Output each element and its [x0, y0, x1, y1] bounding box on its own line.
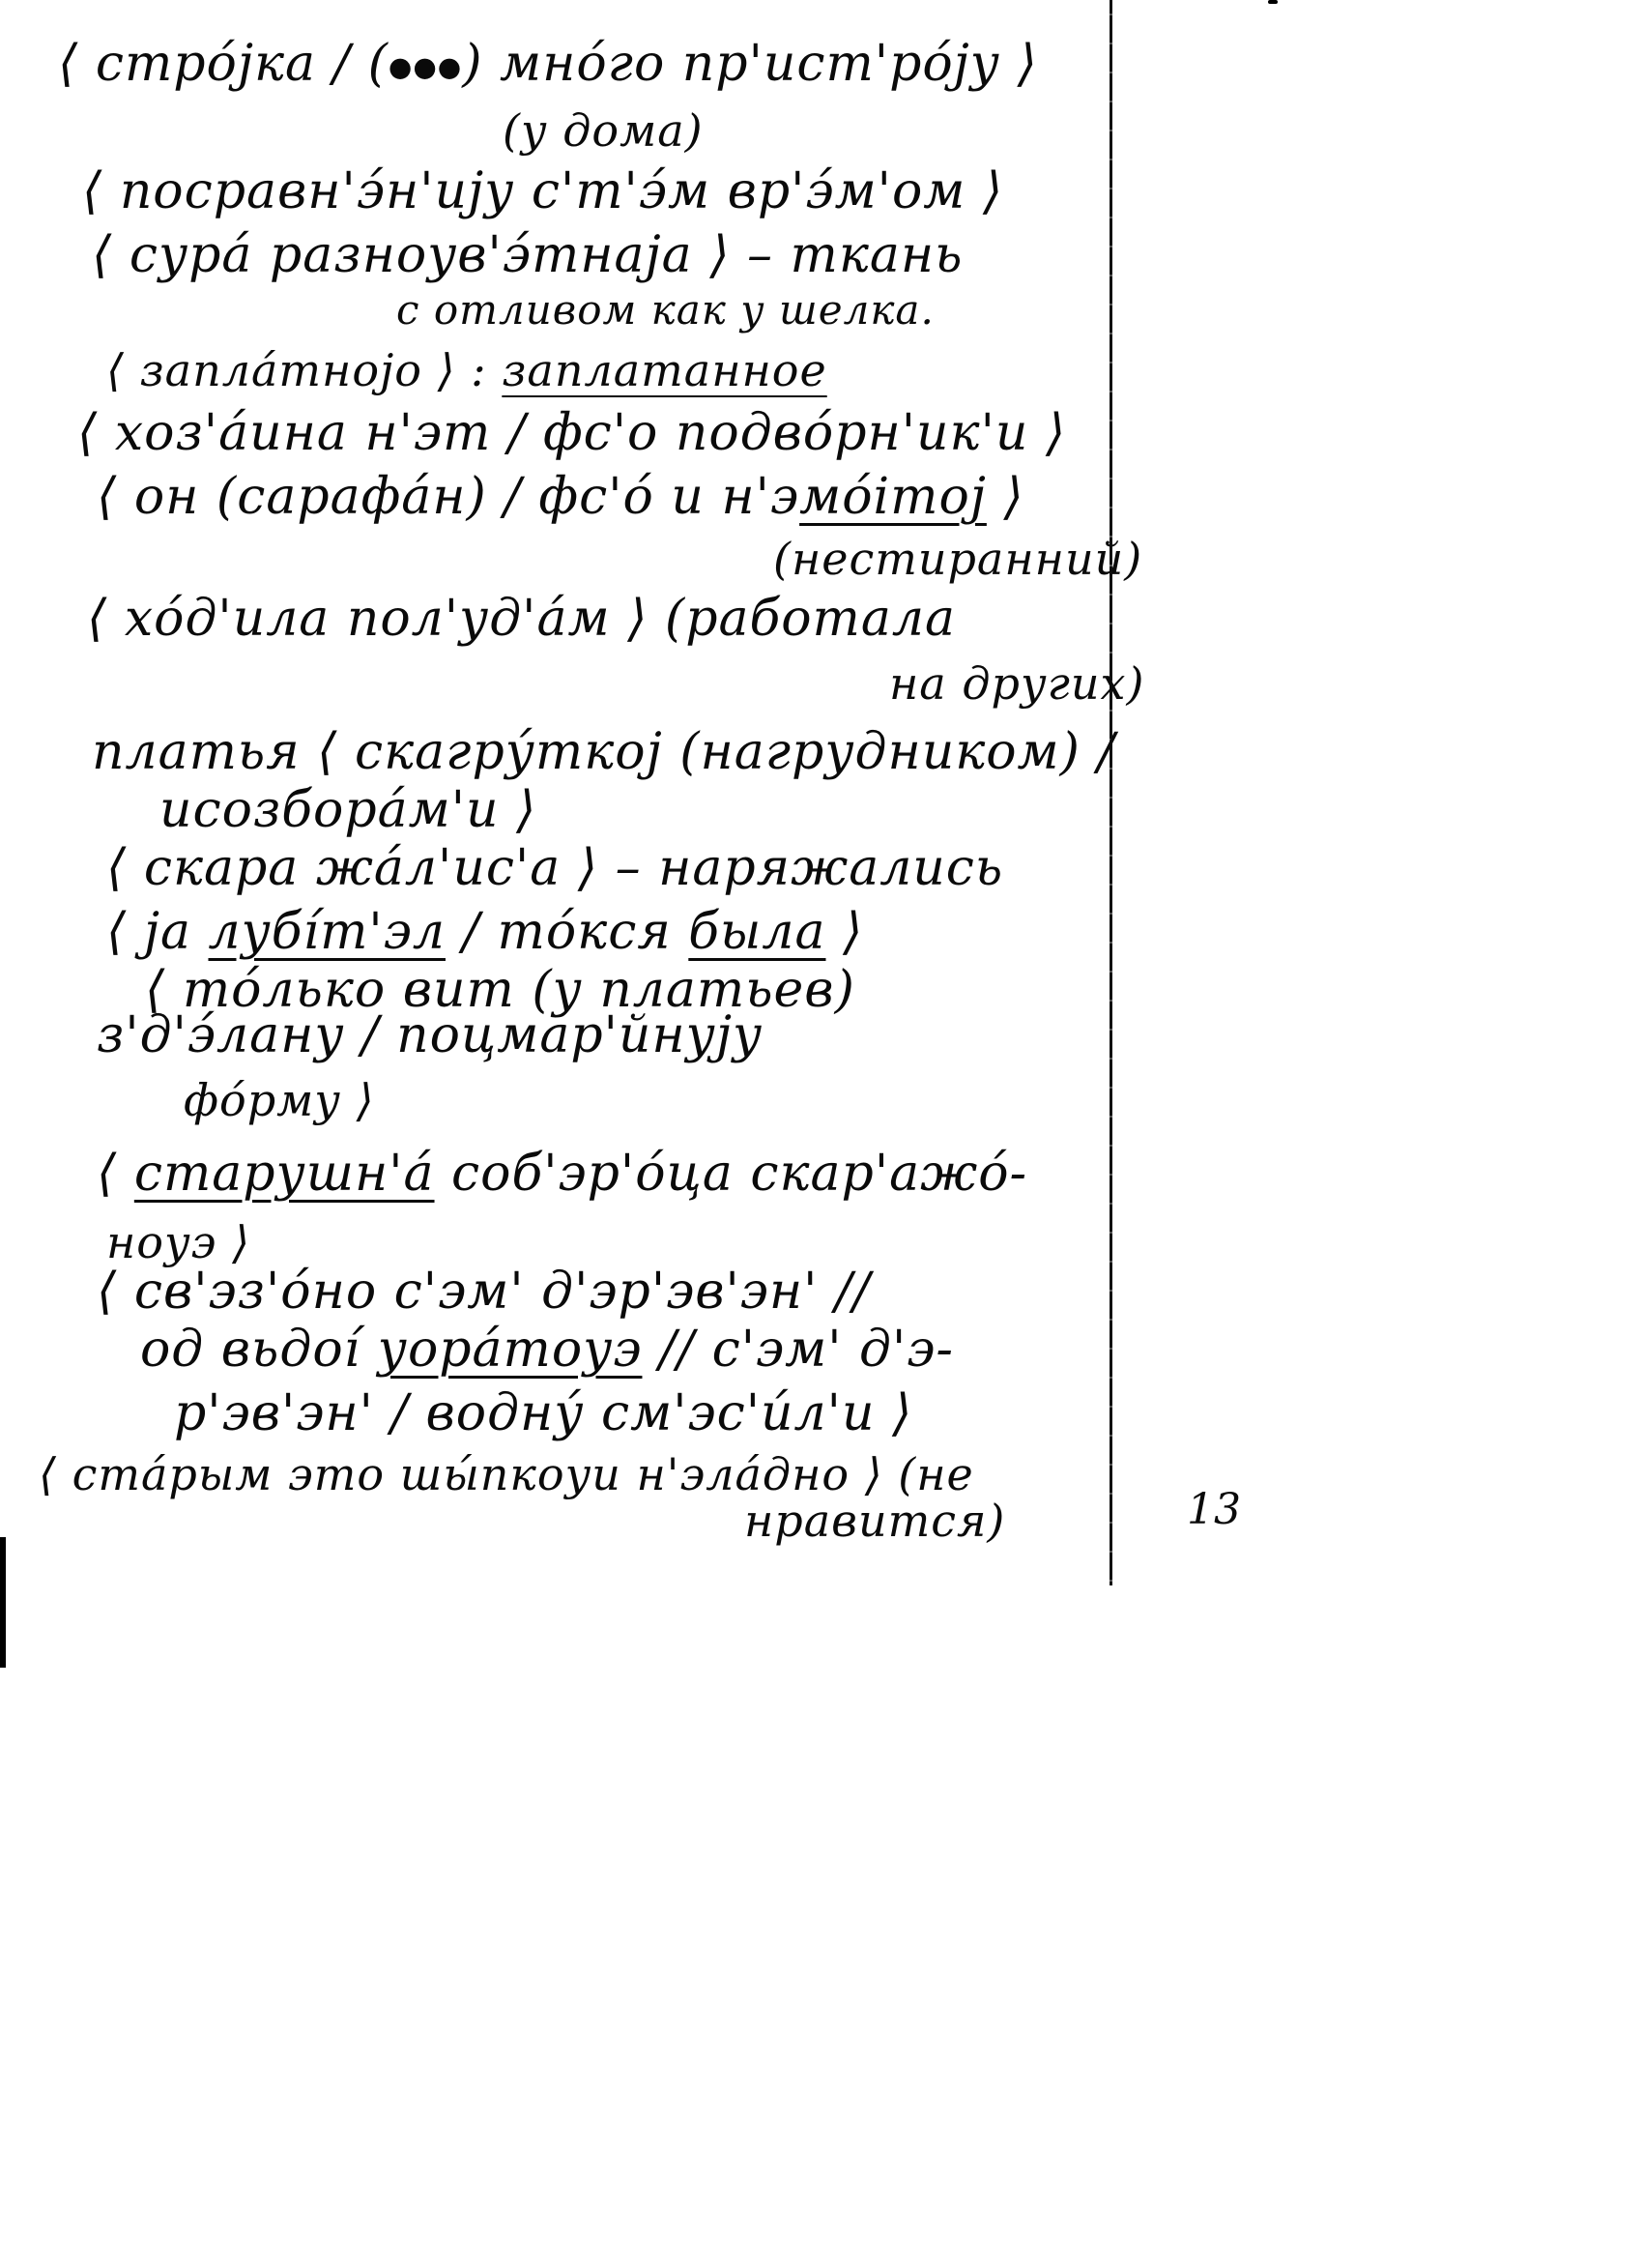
line-text: ноуэ ⟩	[106, 1216, 250, 1268]
line-text: ⟨ ста́рым это шы́пкоуи н'эла́дно ⟩ (не	[39, 1448, 974, 1500]
note-line: ⟨ скара жа́л'ис'а ⟩ – наряжались	[106, 843, 1003, 893]
note-line: р'эв'эн' / водну́ см'эс'и́л'и ⟩	[174, 1388, 912, 1439]
line-text: // с'эм' д'э-	[642, 1321, 954, 1379]
line-text: р'эв'эн' / водну́ см'эс'и́л'и ⟩	[174, 1384, 912, 1442]
note-line-gloss: (нестиранний)	[773, 537, 1142, 581]
note-line: ноуэ ⟩	[106, 1220, 250, 1265]
line-text: ⟨ посравн'э́н'иjу с'т'э́м вр'э́м'ом ⟩	[82, 162, 1003, 220]
line-text: ⟨ хо́д'ила пол'уд'а́м ⟩ (работала	[87, 590, 956, 648]
line-text: од вьдоі́	[140, 1321, 378, 1379]
note-line: платья ⟨ скагру́ткој (нагрудником) /	[92, 727, 1115, 777]
line-text-underlined: была	[688, 903, 825, 961]
note-line: ⟨ запла́тнојо ⟩ : заплатанное	[106, 348, 827, 393]
line-text: / то́кся	[446, 903, 688, 961]
note-line-gloss: с отливом как у шелка.	[396, 290, 935, 331]
note-line: ⟨ св'эз'о́но с'эм' д'эр'эв'эн' //	[97, 1266, 871, 1317]
line-text: ⟩	[826, 903, 864, 961]
line-text: ⟨ ја	[106, 903, 208, 961]
note-line: ⟨ стро́јка / (●●●) мно́го пр'ист'ро́jу ⟩	[58, 39, 1038, 89]
note-line: ⟨ сура́ разноув'э́тнаја ⟩ – ткань	[92, 230, 963, 280]
line-text: платья ⟨ скагру́ткој (нагрудником) /	[92, 723, 1115, 781]
line-text: ⟨ стро́јка / (	[58, 35, 389, 93]
line-text: ⟨ сура́ разноув'э́тнаја ⟩ – ткань	[92, 226, 963, 284]
page-number: 13	[1187, 1485, 1241, 1534]
line-text-underlined: мо́ітој	[799, 468, 987, 526]
note-line-gloss: (у дома)	[503, 108, 704, 153]
note-line: ⟨ посравн'э́н'иjу с'т'э́м вр'э́м'ом ⟩	[82, 166, 1003, 217]
scribbled-out-word: ●●●	[389, 51, 462, 83]
handwritten-page: ⟨ стро́јка / (●●●) мно́го пр'ист'ро́jу ⟩…	[0, 0, 1643, 2268]
note-line: ⟨ хоз'а́ина н'эт / фс'о подво́рн'ик'и ⟩	[77, 408, 1066, 458]
line-text: ⟩	[987, 468, 1024, 526]
line-text: исозбора́м'и ⟩	[159, 781, 536, 839]
note-line-gloss: нравится)	[744, 1498, 1005, 1543]
line-text: фо́рму ⟩	[184, 1074, 375, 1126]
scan-edge-mark	[0, 1537, 6, 1668]
note-line: ⟨ старушн'а́ соб'эр'о́ца скар'ажо́-	[97, 1149, 1027, 1199]
line-text: (у дома)	[503, 104, 704, 157]
note-line: з'д'э́лану / поцмар'йнуjу	[97, 1010, 763, 1061]
line-text: нравится)	[744, 1495, 1005, 1547]
line-text: соб'эр'о́ца скар'ажо́-	[435, 1145, 1028, 1203]
line-text: ⟨ св'эз'о́но с'эм' д'эр'эв'эн' //	[97, 1263, 871, 1321]
line-text: з'д'э́лану / поцмар'йнуjу	[97, 1006, 763, 1064]
note-line: од вьдоі́ уора́тоуэ // с'эм' д'э-	[140, 1324, 954, 1375]
line-text-underlined: уора́тоуэ	[378, 1321, 643, 1379]
note-line: исозбора́м'и ⟩	[159, 785, 536, 835]
note-line: фо́рму ⟩	[184, 1078, 375, 1122]
line-text: ⟨ запла́тнојо ⟩ :	[106, 344, 502, 396]
margin-rule-line	[1110, 0, 1112, 1585]
line-text: с отливом как у шелка.	[396, 286, 935, 334]
note-line-gloss: на других)	[889, 661, 1144, 706]
line-text-underlined: старушн'а́	[134, 1145, 435, 1203]
note-line: ⟨ ја лубі́т'эл / то́кся была ⟩	[106, 907, 863, 957]
line-text: ⟨	[97, 1145, 134, 1203]
line-text: ⟨ скара жа́л'ис'а ⟩ – наряжались	[106, 839, 1003, 897]
note-line: ⟨ хо́д'ила пол'уд'а́м ⟩ (работала	[87, 594, 956, 644]
line-text: ⟨ он (сарафа́н) / фс'о́ и н'э	[97, 468, 799, 526]
line-text-underlined: заплатанное	[502, 344, 826, 396]
scan-artifact-mark	[1268, 0, 1278, 4]
line-text: ) мно́го пр'ист'ро́jу ⟩	[462, 35, 1038, 93]
line-text: ⟨ хоз'а́ина н'эт / фс'о подво́рн'ик'и ⟩	[77, 404, 1066, 462]
line-text-underlined: лубі́т'эл	[208, 903, 445, 961]
note-line: ⟨ он (сарафа́н) / фс'о́ и н'эмо́ітој ⟩	[97, 472, 1024, 522]
line-text: на других)	[889, 657, 1144, 710]
note-line: ⟨ ста́рым это шы́пкоуи н'эла́дно ⟩ (не	[39, 1452, 974, 1497]
line-text: (нестиранний)	[773, 533, 1142, 585]
